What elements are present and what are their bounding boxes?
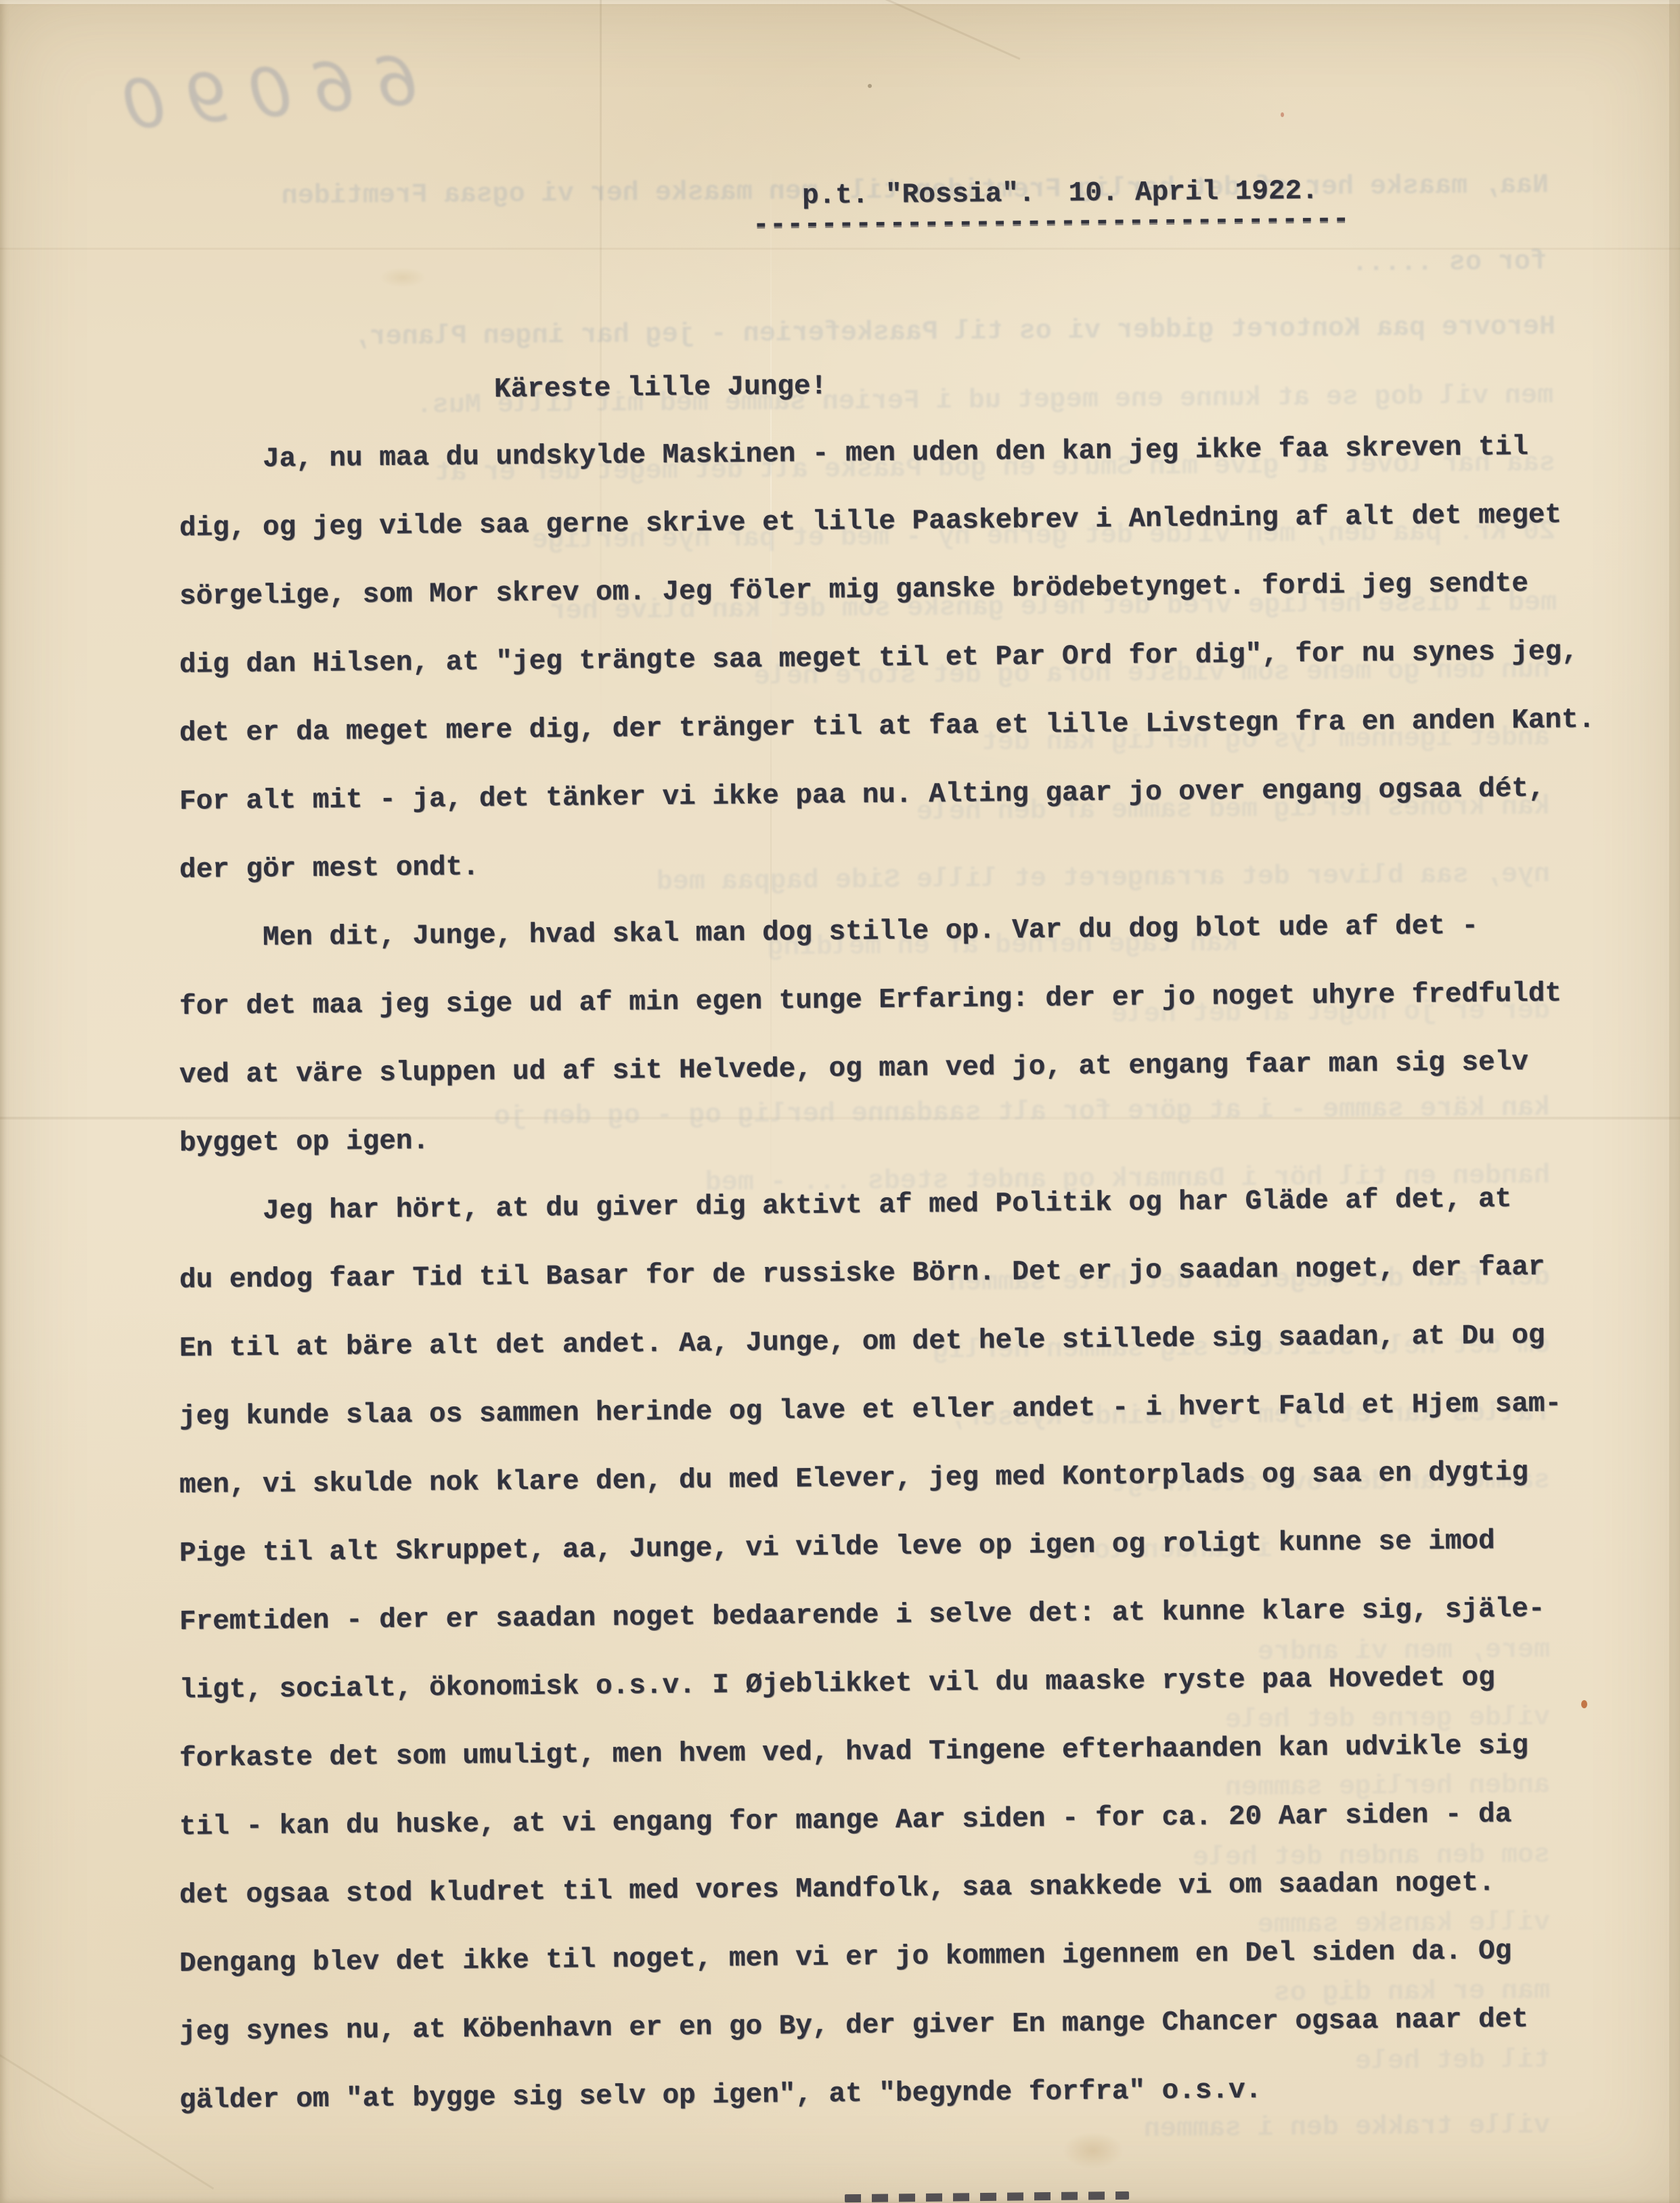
letter-line: For alt mit - ja, det tänker vi ikke paa… <box>179 773 1545 818</box>
ink-speck-orange <box>1581 1700 1587 1708</box>
letter-line: til - kan du huske, at vi engang for man… <box>179 1798 1512 1844</box>
paper-crease-corner <box>859 0 1021 60</box>
letter-line: der gör mest ondt. <box>179 851 479 887</box>
letter-line: Men dit, Junge, hvad skal man dog stille… <box>179 910 1478 955</box>
bleedthrough-line: for os ..... <box>1344 247 1547 280</box>
bleedthrough-line: Herovre paa Kontoret gidder vi os til Pa… <box>120 312 1555 355</box>
cutoff-text-bottom <box>845 2191 1129 2202</box>
letter-page: 66090 Naa, maaske her af det herlig Frem… <box>0 0 1680 2203</box>
letter-line: gälder om "at bygge sig selv op igen", a… <box>179 2074 1262 2117</box>
letter-line: men, vi skulde nok klare den, du med Ele… <box>179 1456 1528 1502</box>
paper-stain-top <box>379 267 426 288</box>
paper-stain-bottom <box>1063 2132 1124 2169</box>
letter-line: Jeg har hört, at du giver dig aktivt af … <box>179 1183 1512 1228</box>
letter-line: Dengang blev det ikke til noget, men vi … <box>179 1935 1512 1980</box>
paper-top-edge <box>0 0 1680 4</box>
bleedthrough-line: nye, saa bliver det arrangeret et lille … <box>291 860 1550 902</box>
letter-line: jeg kunde slaa os sammen herinde og lave… <box>179 1387 1562 1433</box>
ink-speck-red <box>1281 112 1284 117</box>
letter-line: Fremtiden - der er saadan noget bedaaren… <box>179 1593 1545 1639</box>
paper-crease-horizontal-1 <box>0 248 1680 250</box>
letter-line: det ogsaa stod kludret til med vores Man… <box>179 1867 1495 1912</box>
letter-line: ligt, socialt, ökonomisk o.s.v. I Øjebli… <box>179 1662 1495 1707</box>
letter-line: bygget op igen. <box>179 1125 430 1160</box>
letter-line: dig dan Hilsen, at "jeg trängte saa mege… <box>179 636 1578 682</box>
letter-line: ved at väre sluppen ud af sit Helvede, o… <box>179 1046 1528 1092</box>
letter-line: jeg synes nu, at Köbenhavn er en go By, … <box>179 2003 1528 2049</box>
letter-line: forkaste det som umuligt, men hvem ved, … <box>179 1730 1528 1775</box>
bleedthrough-line: ville trakke den i sammen <box>406 2111 1550 2152</box>
bleedthrough-line: kan käre samme - i at göre for alt saada… <box>291 1093 1550 1135</box>
letter-line: dig, og jeg vilde saa gerne skrive et li… <box>179 499 1562 545</box>
dateline-rule: ----------------------------------- <box>753 204 1350 242</box>
salutation: Käreste lille Junge! <box>494 370 828 406</box>
letter-line: Pige til alt Skruppet, aa, Junge, vi vil… <box>179 1525 1495 1570</box>
paper-right-edge <box>1669 0 1680 2203</box>
ink-speck-dark <box>868 84 872 88</box>
archival-number-bleedthrough: 66090 <box>99 41 422 147</box>
letter-line: det er da meget mere dig, der tränger ti… <box>179 704 1595 750</box>
letter-line: Ja, nu maa du undskylde Maskinen - men u… <box>179 431 1528 476</box>
letter-line: sörgelige, som Mor skrev om. Jeg föler m… <box>179 568 1528 613</box>
letter-line: du endog faar Tid til Basar for de russi… <box>179 1251 1545 1297</box>
letter-line: En til at bäre alt det andet. Aa, Junge,… <box>179 1320 1545 1365</box>
paper-fold-line <box>0 1117 1680 1119</box>
letter-line: for det maa jeg sige ud af min egen tung… <box>179 977 1562 1023</box>
